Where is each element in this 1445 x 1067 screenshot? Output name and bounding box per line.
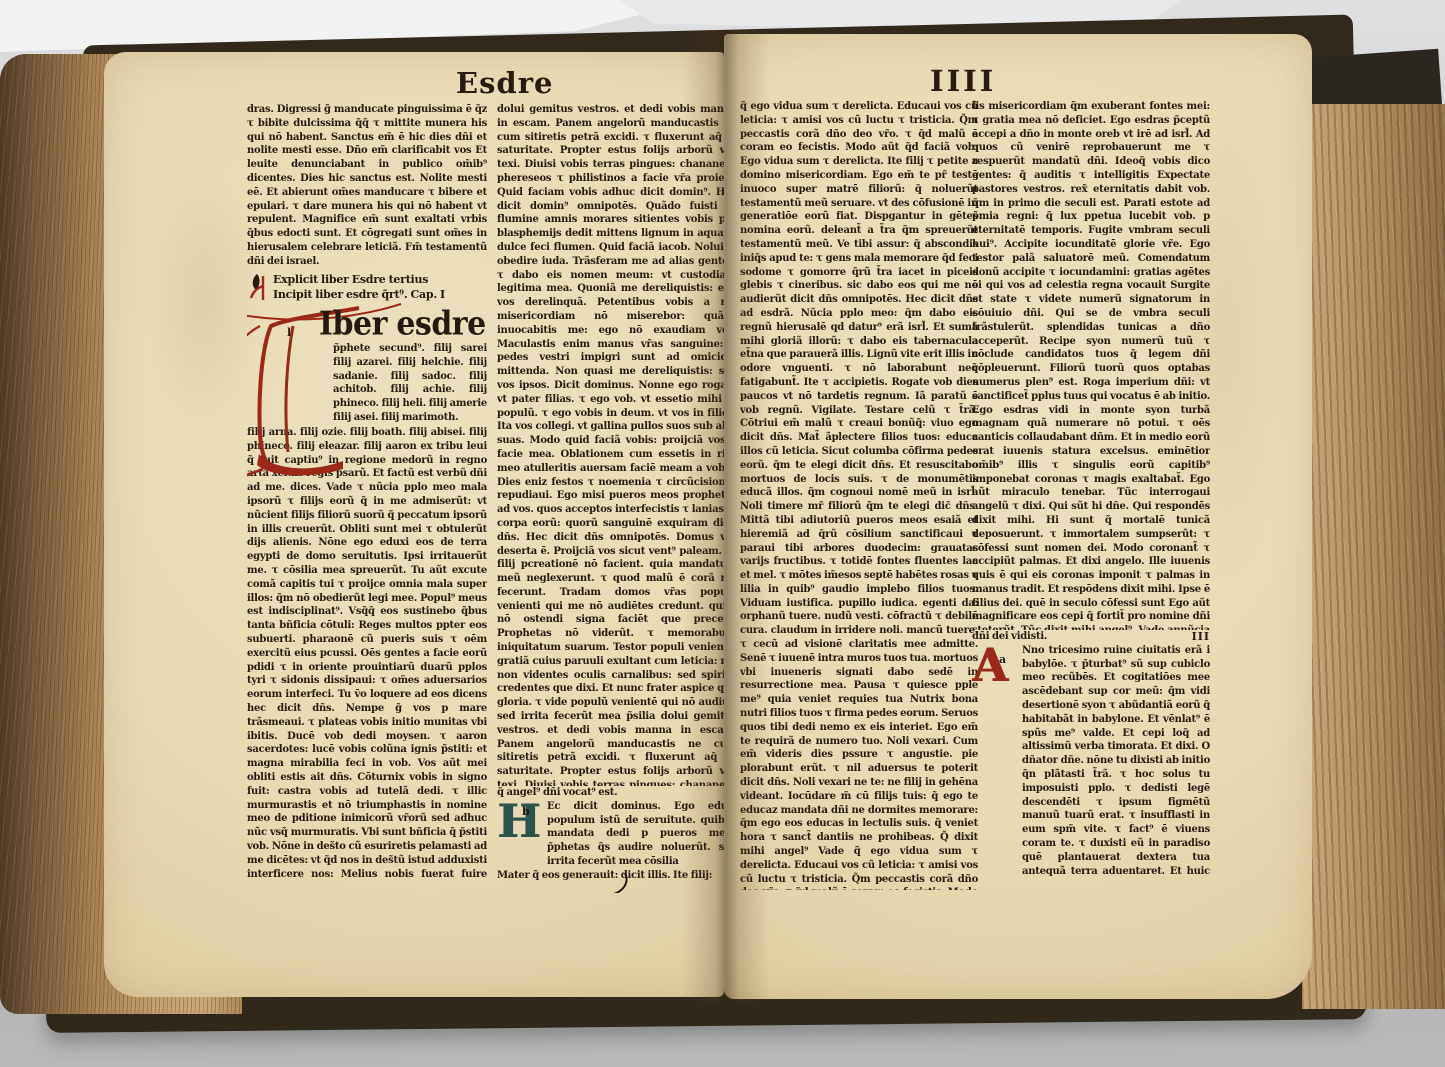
chapter-end-text: dñi dei vidisti. [972,630,1047,644]
body-text: Ec dicit dominus. Ego eduxi populum istũ… [547,800,737,869]
right-column-2: lis misericordiam q̃m exuberant fontes m… [972,100,1210,890]
chapter-heading-line: dñi dei vidisti. III [972,630,1210,644]
book-photo-scene: Esdre dras. Digressi g̃ manducate pingui… [0,0,1445,1067]
page-stain [144,172,264,432]
body-text: q̃ ego vidua sum τ derelicta. Educaui vo… [740,100,978,890]
left-column-1: dras. Digressi g̃ manducate pinguissima … [247,103,487,893]
initial-paragraph: A a Nno tricesimo ruine ciuitatis erã i … [972,644,1210,876]
left-page: Esdre dras. Digressi g̃ manducate pingui… [104,52,724,997]
flourish-icon [595,871,635,893]
body-text: Nno tricesimo ruine ciuitatis erã i baby… [1022,644,1210,876]
body-text: dras. Digressi g̃ manducate pinguissima … [247,103,487,269]
drop-initial-A: A [972,644,1022,686]
right-page: IIII q̃ ego vidua sum τ derelicta. Educa… [724,34,1312,999]
body-text: dolui gemitus vestros. et dedi vobis man… [497,103,737,786]
guide-letter: a [999,653,1006,667]
incipit-heading: Iber esdre [319,306,487,343]
incipit-block: l Iber esdre p̃phete secund⁹. filij sare… [247,306,487,426]
guide-letter: b [522,805,529,819]
initial-paragraph: H b Ec dicit dominus. Ego eduxi populum … [497,800,737,869]
running-head-right: IIII [930,64,996,98]
right-column-1: q̃ ego vidua sum τ derelicta. Educaui vo… [740,100,978,890]
left-column-2: dolui gemitus vestros. et dedi vobis man… [497,103,737,893]
guide-letter: l [287,326,291,340]
chapter-number: III [1192,630,1210,644]
page-edges-right [1302,104,1445,1009]
body-text: lis misericordiam q̃m exuberant fontes m… [972,100,1210,630]
rubric-line: Explicit liber Esdre tertius [273,272,487,287]
running-head-left: Esdre [456,66,553,100]
